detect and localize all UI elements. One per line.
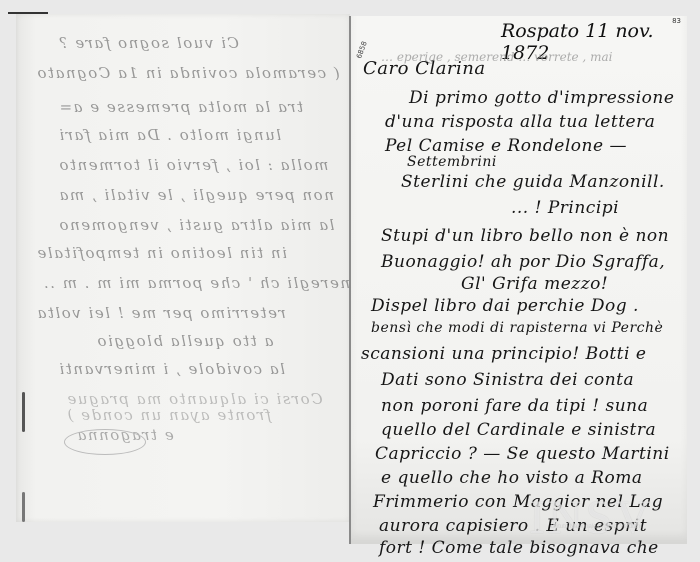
right-line: d'una risposta alla tua lettera	[385, 112, 695, 132]
left-line: la covidole , i minervanti	[16, 360, 350, 378]
left-line: ( ceramola covinda in 1a Cognato	[16, 64, 350, 82]
right-line: Pel Camise e Rondelone —	[385, 136, 695, 156]
left-line: tra la molta premesse e a=	[16, 98, 350, 116]
right-line: quello del Cardinale e sinistra	[381, 420, 691, 440]
right-line: Stupi d'un libro bello non è non	[381, 226, 691, 246]
right-line: scansioni una principio! Botti e	[361, 344, 671, 364]
right-line: Gl' Grifa mezzo!	[461, 274, 700, 294]
right-line: Settembrini	[407, 154, 700, 170]
archive-stamp: 6858	[355, 40, 369, 59]
left-line: la mia altra gusti , vengomeno	[16, 216, 350, 234]
right-line: Dispel libro dai perchie Dog .	[371, 296, 681, 316]
pencil-scribble	[64, 429, 146, 455]
left-line: non pere quegli , le vitali , ma	[16, 186, 350, 204]
right-line: Di primo gotto d'impressione	[409, 88, 700, 108]
right-line: e quello che ho visto a Roma	[381, 468, 691, 488]
salutation: Caro Clarina	[363, 58, 673, 79]
right-line: non poroni fare da tipi ! suna	[381, 396, 691, 416]
right-page: Rospato 11 nov. 1872 83 6858 … eperige ,…	[350, 16, 687, 544]
left-line: molla : loi , fervio il tormento	[16, 156, 350, 174]
left-page: Ci vuol sogno fare ? ( ceramola covinda …	[16, 14, 350, 522]
left-line: reterrimo per me ! lei volta	[16, 304, 350, 322]
left-line: a tto quella bloggio	[16, 332, 350, 350]
page-edge-shadow	[22, 492, 25, 522]
right-line: Dati sono Sinistra dei conta	[381, 370, 691, 390]
right-line: Sterlini che guida Manzonill.	[401, 172, 700, 192]
left-line: Ci vuol sogno fare ?	[16, 34, 350, 52]
left-line: lungi molto . Da mia fari	[16, 126, 350, 144]
left-line: fronte ayan un conde )	[16, 406, 350, 424]
folio-number: 83	[672, 17, 681, 25]
page-fold	[349, 16, 351, 544]
page-edge-shadow	[22, 392, 25, 432]
left-line: in tin leotino in tempofitale	[16, 244, 350, 262]
right-line: bensì che modi di rapisterna vi Perchè	[371, 320, 681, 336]
left-line: neregli ch ' che porma mi m . m ..	[16, 274, 350, 292]
watermark-logo: INSV	[516, 494, 666, 542]
right-line: Buonaggio! ah por Dio Sgraffa,	[381, 252, 691, 272]
scan-background: Ci vuol sogno fare ? ( ceramola covinda …	[0, 0, 700, 562]
right-line: ... ! Principi	[511, 198, 700, 218]
right-line: Capriccio ? — Se questo Martini	[375, 444, 685, 464]
watermark-subtext: Istituto Nazionale di Studi Verdiani	[521, 524, 671, 530]
